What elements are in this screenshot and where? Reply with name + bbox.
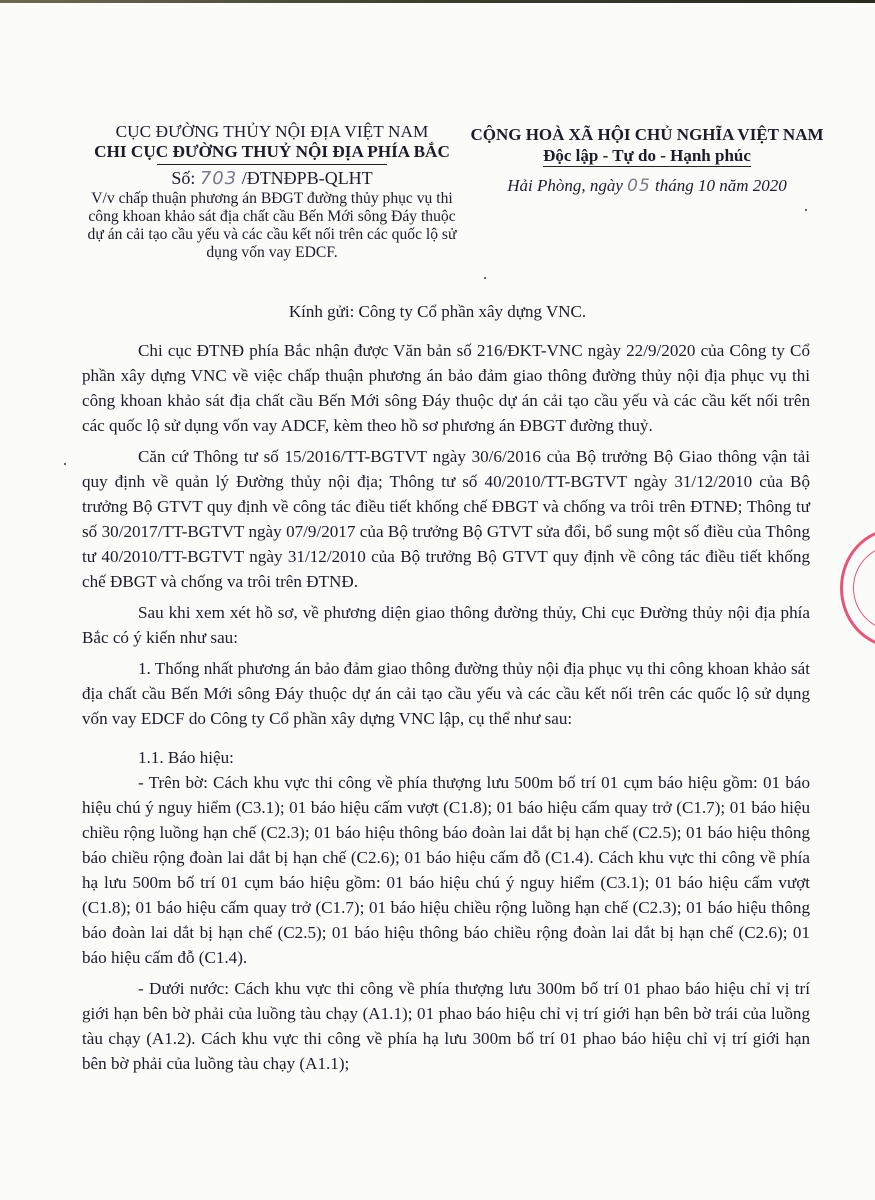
issuer-header: CỤC ĐƯỜNG THỦY NỘI ĐỊA VIỆT NAM CHI CỤC … <box>82 122 462 262</box>
paragraph-legal-basis: Căn cứ Thông tư số 15/2016/TT-BGTVT ngày… <box>82 444 810 594</box>
doc-number-suffix: /ĐTNĐPB-QLHT <box>242 168 373 188</box>
paragraph-underwater-signals: - Dưới nước: Cách khu vực thi công về ph… <box>82 976 810 1076</box>
paragraph-review-opinion: Sau khi xem xét hồ sơ, về phương diện gi… <box>82 600 810 650</box>
paragraph-onshore-signals: - Trên bờ: Cách khu vực thi công về phía… <box>82 770 810 970</box>
document-subject: V/v chấp thuận phương án BĐGT đường thủy… <box>82 190 462 262</box>
place-date-prefix: Hải Phòng, ngày <box>507 176 623 195</box>
place-and-date: Hải Phòng, ngày 05 tháng 10 năm 2020 <box>452 175 842 197</box>
paragraph-approval-item-1: 1. Thống nhất phương án bảo đảm giao thô… <box>82 656 810 731</box>
document-number: Số: 703 /ĐTNĐPB-QLHT <box>82 167 462 190</box>
day-handwritten: 05 <box>627 176 651 196</box>
doc-number-handwritten: 703 <box>200 168 237 189</box>
national-motto: Độc lập - Tự do - Hạnh phúc <box>543 146 751 167</box>
scan-speck <box>484 277 486 279</box>
sub-agency-name: CHI CỤC ĐƯỜNG THUỶ NỘI ĐỊA PHÍA BẮC <box>82 142 462 162</box>
scan-speck <box>64 463 66 465</box>
document-body: Chi cục ĐTNĐ phía Bắc nhận được Văn bản … <box>82 338 810 1076</box>
section-heading-signals: 1.1. Báo hiệu: <box>82 745 810 770</box>
place-date-suffix: tháng 10 năm 2020 <box>655 176 787 195</box>
national-header: CỘNG HOÀ XÃ HỘI CHỦ NGHĨA VIỆT NAM Độc l… <box>452 124 842 197</box>
scan-top-edge <box>0 0 875 3</box>
header-underline <box>157 164 387 165</box>
nation-title: CỘNG HOÀ XÃ HỘI CHỦ NGHĨA VIỆT NAM <box>452 124 842 145</box>
scan-speck <box>805 209 807 211</box>
paragraph-received-letter: Chi cục ĐTNĐ phía Bắc nhận được Văn bản … <box>82 338 810 438</box>
red-seal-stamp <box>840 528 875 648</box>
recipient-line: Kính gửi: Công ty Cổ phần xây dựng VNC. <box>0 302 875 322</box>
doc-number-prefix: Số: <box>171 168 195 188</box>
agency-name: CỤC ĐƯỜNG THỦY NỘI ĐỊA VIỆT NAM <box>82 122 462 142</box>
